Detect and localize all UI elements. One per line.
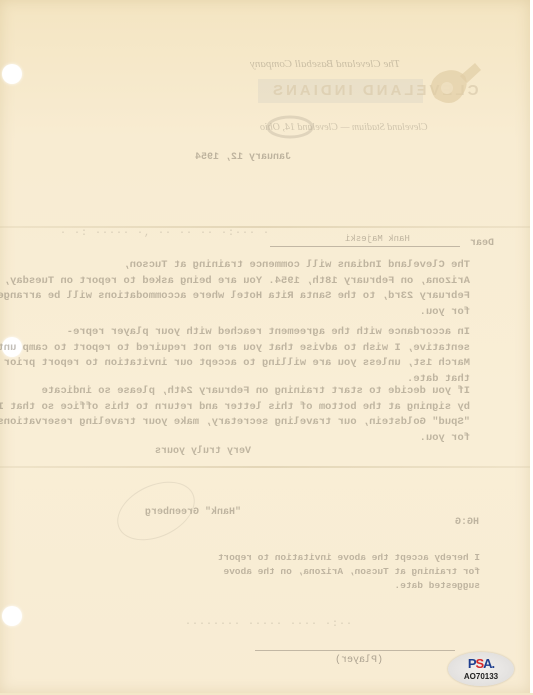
punch-hole (2, 606, 22, 626)
letterhead-tagline: The Cleveland Baseball Company (250, 58, 400, 70)
letter-page: The Cleveland Baseball Company CLEVELAND… (0, 0, 533, 693)
letter-date: January 12, 1954 (195, 152, 291, 163)
acceptance-text: I hereby accept the above invitation to … (200, 551, 480, 593)
salutation-line (270, 246, 460, 247)
psa-logo: PSA. (448, 656, 514, 671)
typist-initials: HG:G (455, 517, 479, 528)
closing: Very truly yours (155, 446, 251, 457)
salutation-name: Hank Majeski (345, 234, 410, 244)
paragraph-3: If you decide to start training on Febru… (80, 384, 470, 446)
player-signature-line (255, 650, 455, 651)
psa-cert-number: AO70133 (448, 672, 514, 681)
ghost-typing: · ·: ····· ·, ·· ·· ·· ·:··· · (60, 228, 270, 239)
fold-crease (0, 466, 530, 468)
salutation-prefix: Dear (470, 238, 494, 249)
chief-logo-icon (415, 58, 485, 113)
paragraph-2: In accordance with the agreement reached… (80, 325, 470, 387)
paragraph-1: The Cleveland Indians will commence trai… (80, 258, 470, 320)
stadium-icon (265, 112, 315, 142)
signer-name: "Hank" Greenberg (145, 507, 241, 518)
punch-hole (2, 64, 22, 84)
player-label: (Player) (335, 655, 383, 666)
psa-authentication-sticker: PSA. AO70133 (448, 652, 514, 686)
ghost-signature-line: ········ ····· ···· ·:·· (185, 619, 353, 630)
